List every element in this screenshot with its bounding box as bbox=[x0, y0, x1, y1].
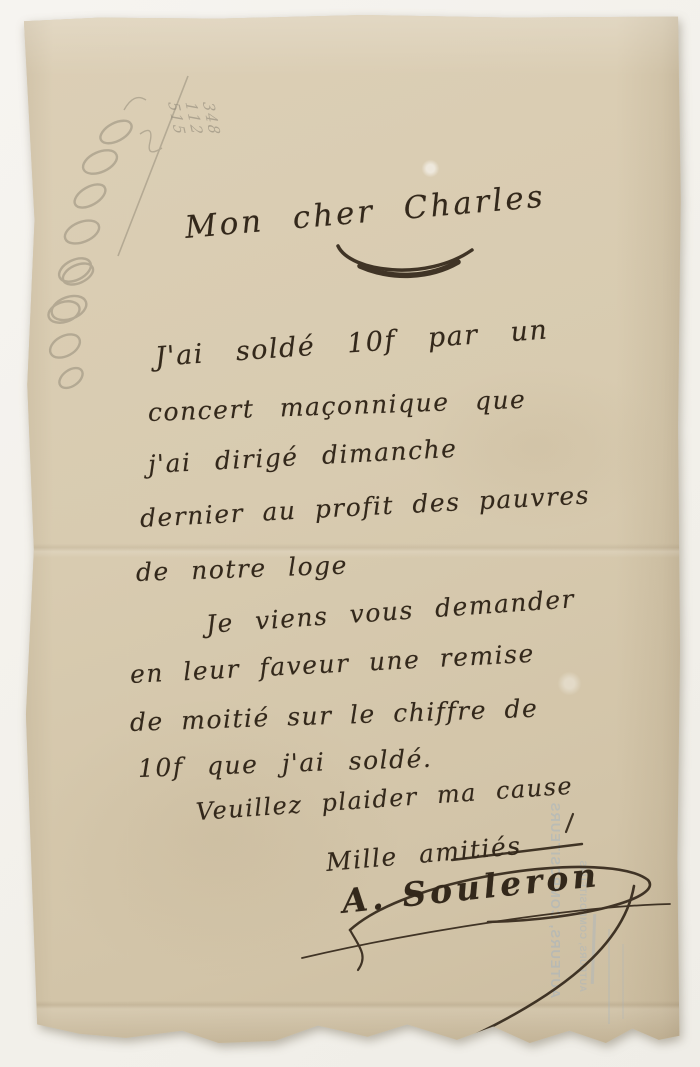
ink-flourishes bbox=[20, 14, 682, 1044]
letter-paper-wrapper: 348 112 515 AUTEURS, COMPOSITEURS AUTEUR… bbox=[0, 0, 700, 1067]
letter-paper: 348 112 515 AUTEURS, COMPOSITEURS AUTEUR… bbox=[20, 14, 682, 1044]
scanned-letter-page: { "document": { "kind": "handwritten let… bbox=[0, 0, 700, 1067]
